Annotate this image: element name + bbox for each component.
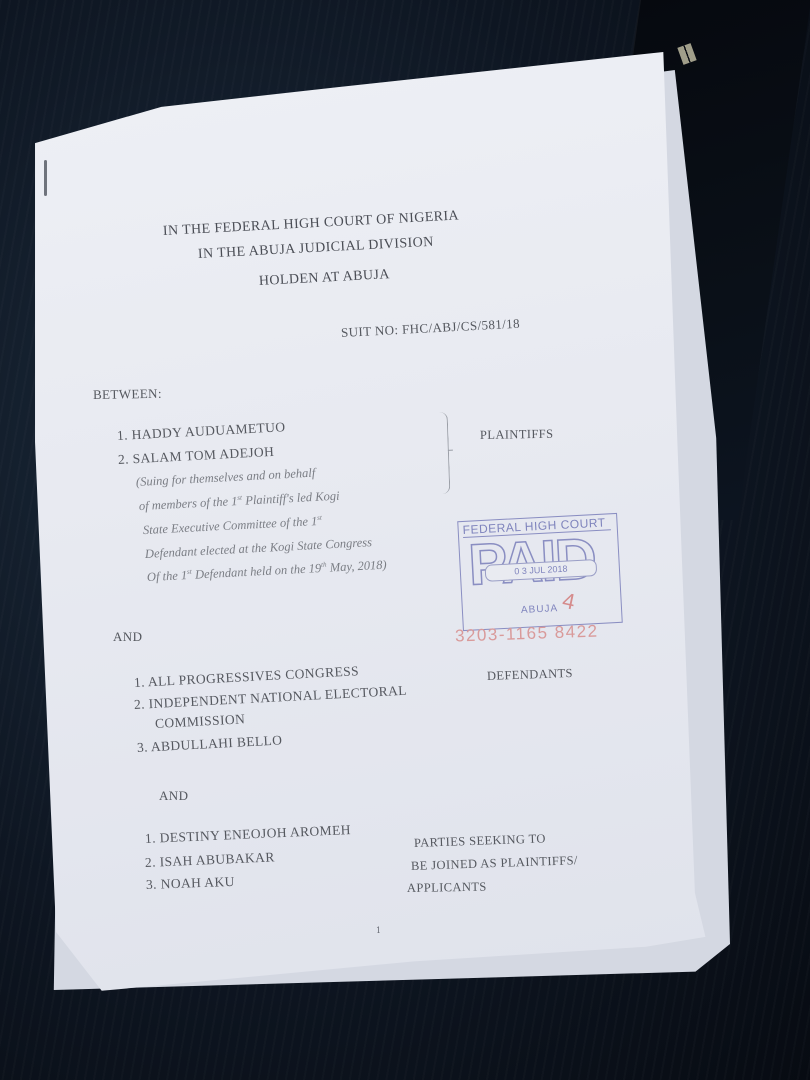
and-label-2: AND	[159, 788, 188, 804]
defendant-2-continued: COMMISSION	[155, 711, 246, 732]
document-content: IN THE FEDERAL HIGH COURT OF NIGERIA IN …	[0, 0, 810, 1080]
and-label-1: AND	[113, 629, 142, 645]
plaintiff-description-line-5: Of the 1st Defendant held on the 19th Ma…	[147, 557, 387, 585]
plaintiffs-brace	[437, 412, 451, 494]
between-label: BETWEEN:	[93, 386, 162, 403]
suit-number: SUIT NO: FHC/ABJ/CS/581/18	[341, 316, 521, 341]
court-heading-line-2: IN THE ABUJA JUDICIAL DIVISION	[198, 235, 435, 263]
plaintiff-description-line-3: State Executive Committee of the 1st	[143, 514, 323, 539]
defendant-3: 3. ABDULLAHI BELLO	[137, 732, 283, 756]
stamp-city: ABUJA	[521, 603, 559, 616]
applicants-role-line-3: APPLICANTS	[407, 880, 487, 896]
defendants-role-label: DEFENDANTS	[487, 666, 573, 684]
plaintiff-2: 2. SALAM TOM ADEJOH	[118, 444, 275, 468]
court-heading-line-3: HOLDEN AT ABUJA	[259, 267, 391, 290]
plaintiffs-role-label: PLAINTIFFS	[480, 427, 554, 443]
receipt-number: 3203-1165 8422	[455, 622, 599, 647]
applicant-2: 2. ISAH ABUBAKAR	[145, 849, 275, 871]
applicants-role-line-2: BE JOINED AS PLAINTIFFS/	[411, 853, 578, 874]
plaintiff-description-line-1: (Suing for themselves and on behalf	[136, 466, 316, 490]
court-paid-stamp: FEDERAL HIGH COURT PAID 0 3 JUL 2018 ABU…	[457, 513, 623, 631]
plaintiff-description-line-2: of members of the 1st Plaintiff's led Ko…	[139, 489, 340, 515]
page-number: 1	[376, 926, 381, 935]
applicant-3: 3. NOAH AKU	[146, 874, 235, 893]
plaintiff-1: 1. HADDY AUDUAMETUO	[117, 419, 286, 444]
applicant-1: 1. DESTINY ENEOJOH AROMEH	[145, 822, 352, 847]
applicants-role-line-1: PARTIES SEEKING TO	[414, 831, 546, 851]
plaintiff-description-line-4: Defendant elected at the Kogi State Cong…	[145, 535, 373, 562]
